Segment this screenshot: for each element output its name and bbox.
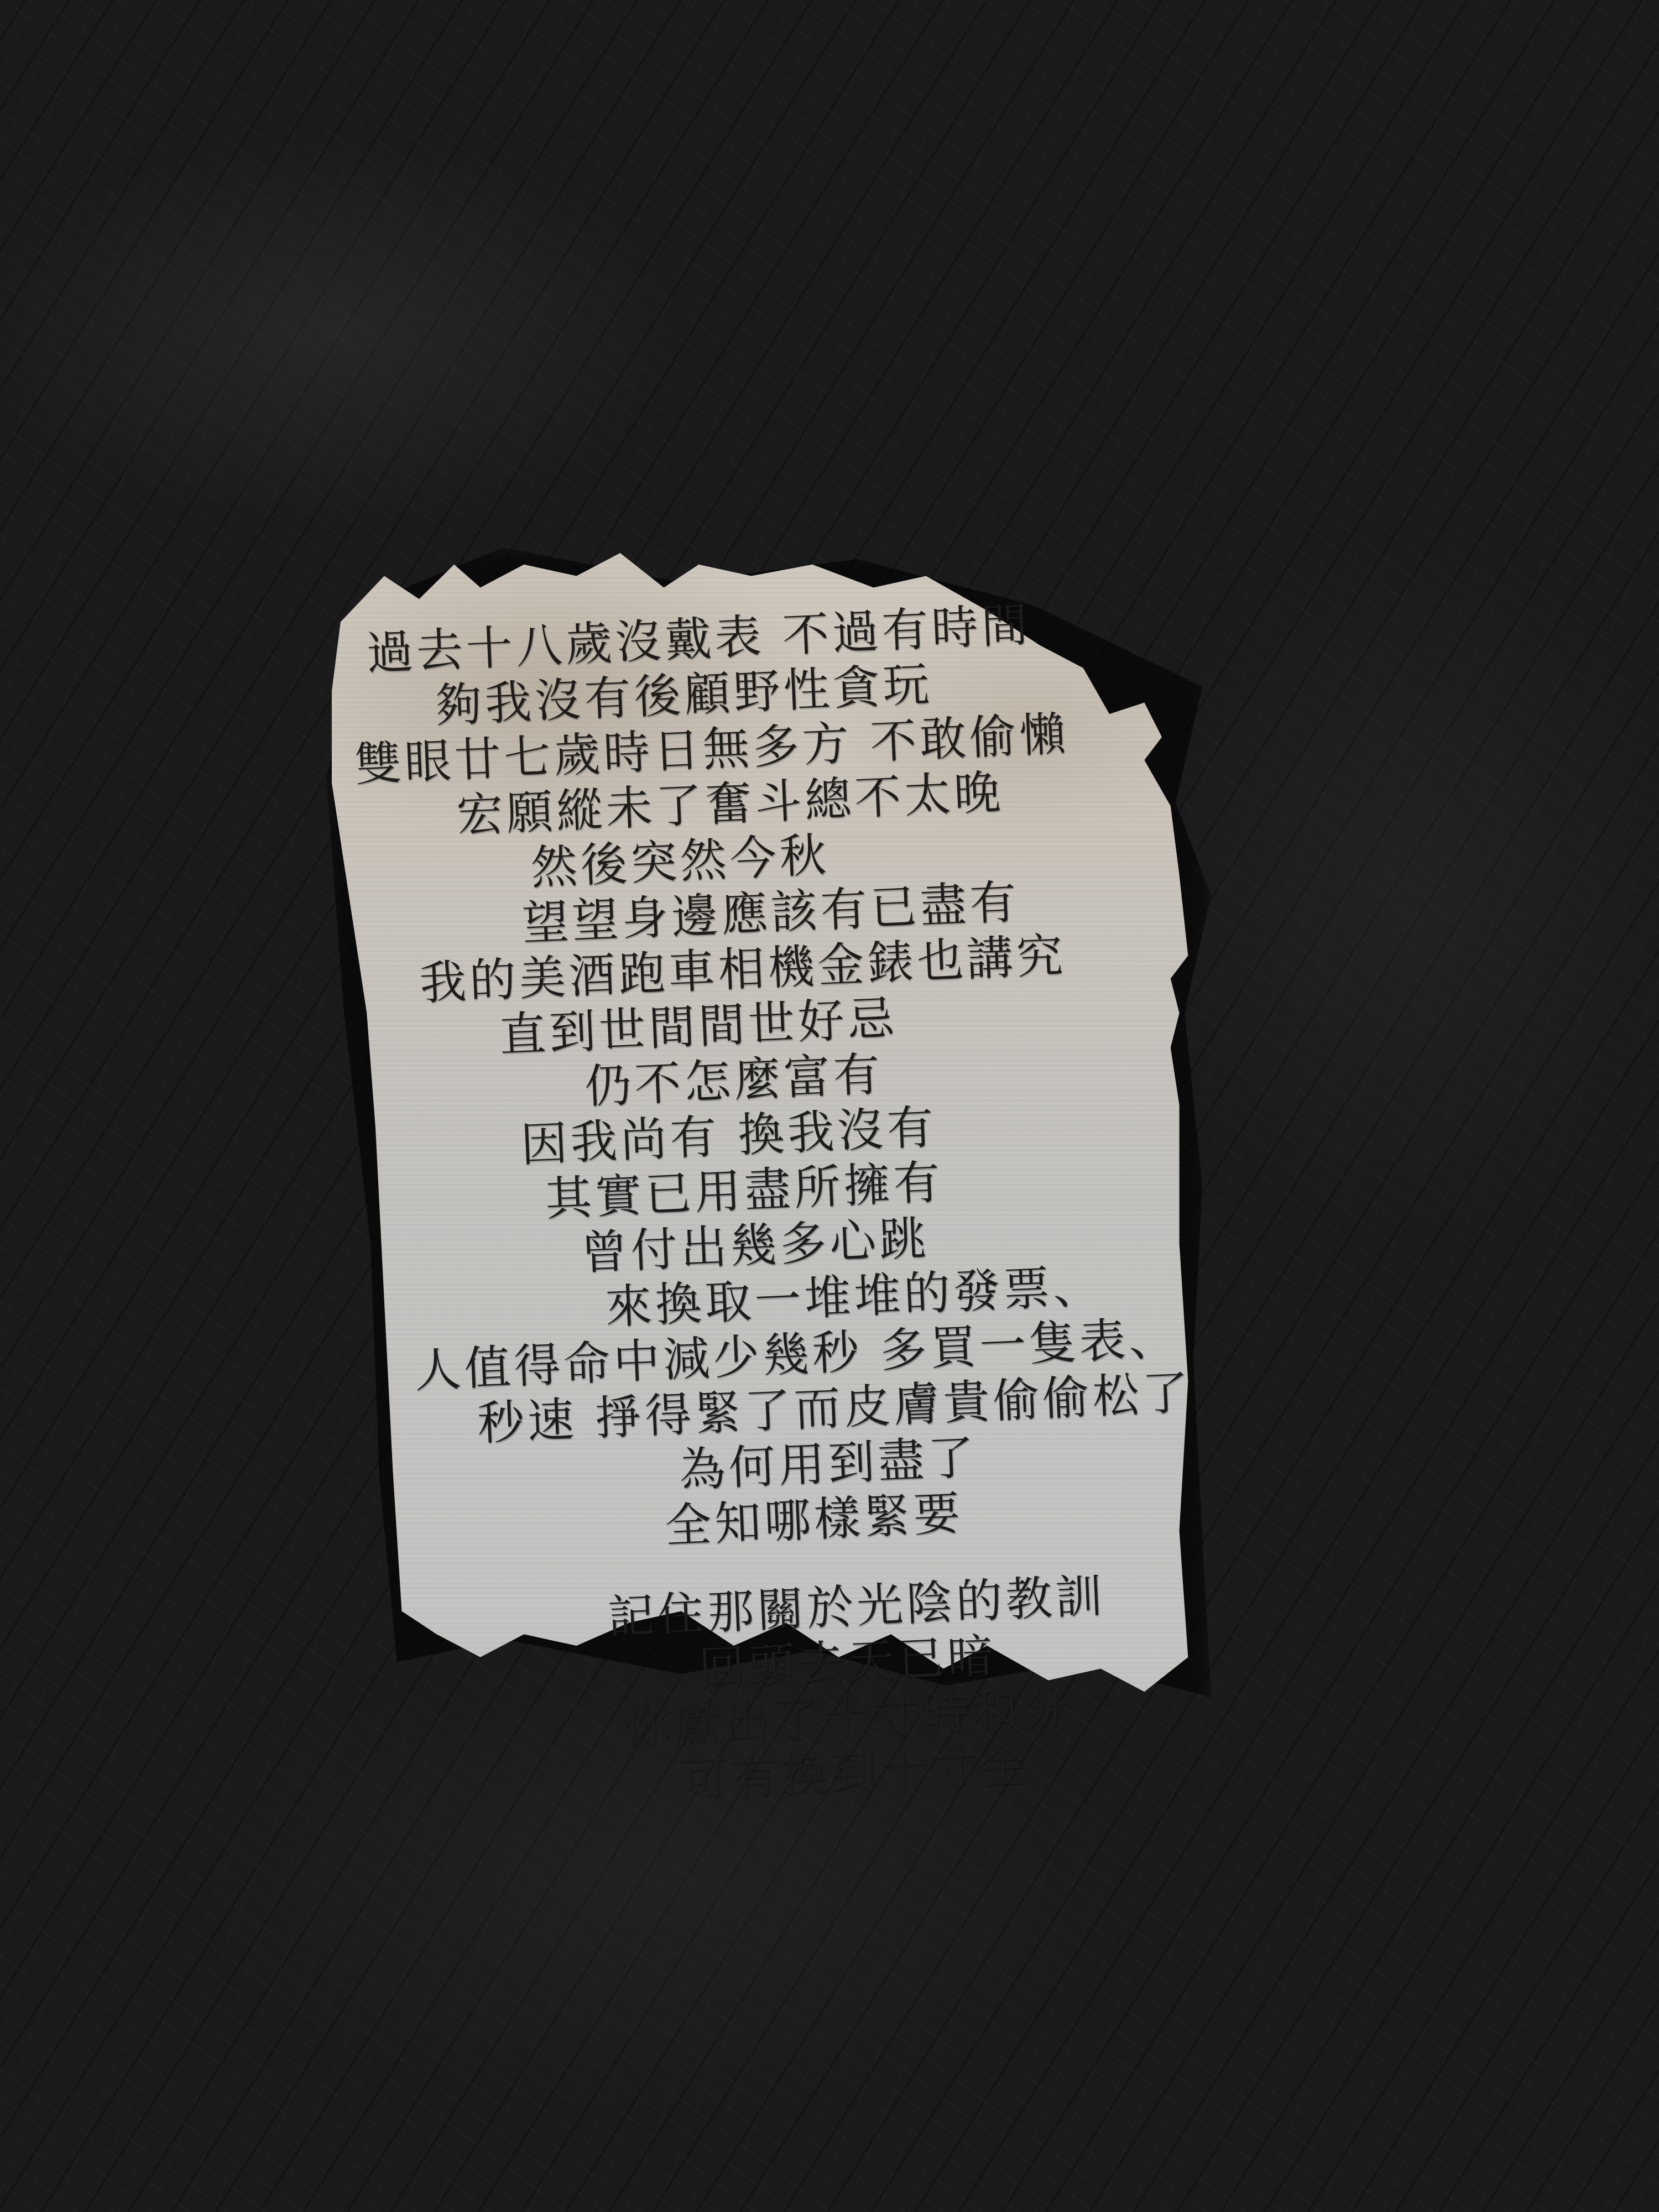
handwritten-lyrics: 過去十八歲沒戴表 不過有時間 夠我沒有後顧野性貪玩 雙眼廿七歲時日無多方 不敢偷… (343, 589, 1246, 1820)
